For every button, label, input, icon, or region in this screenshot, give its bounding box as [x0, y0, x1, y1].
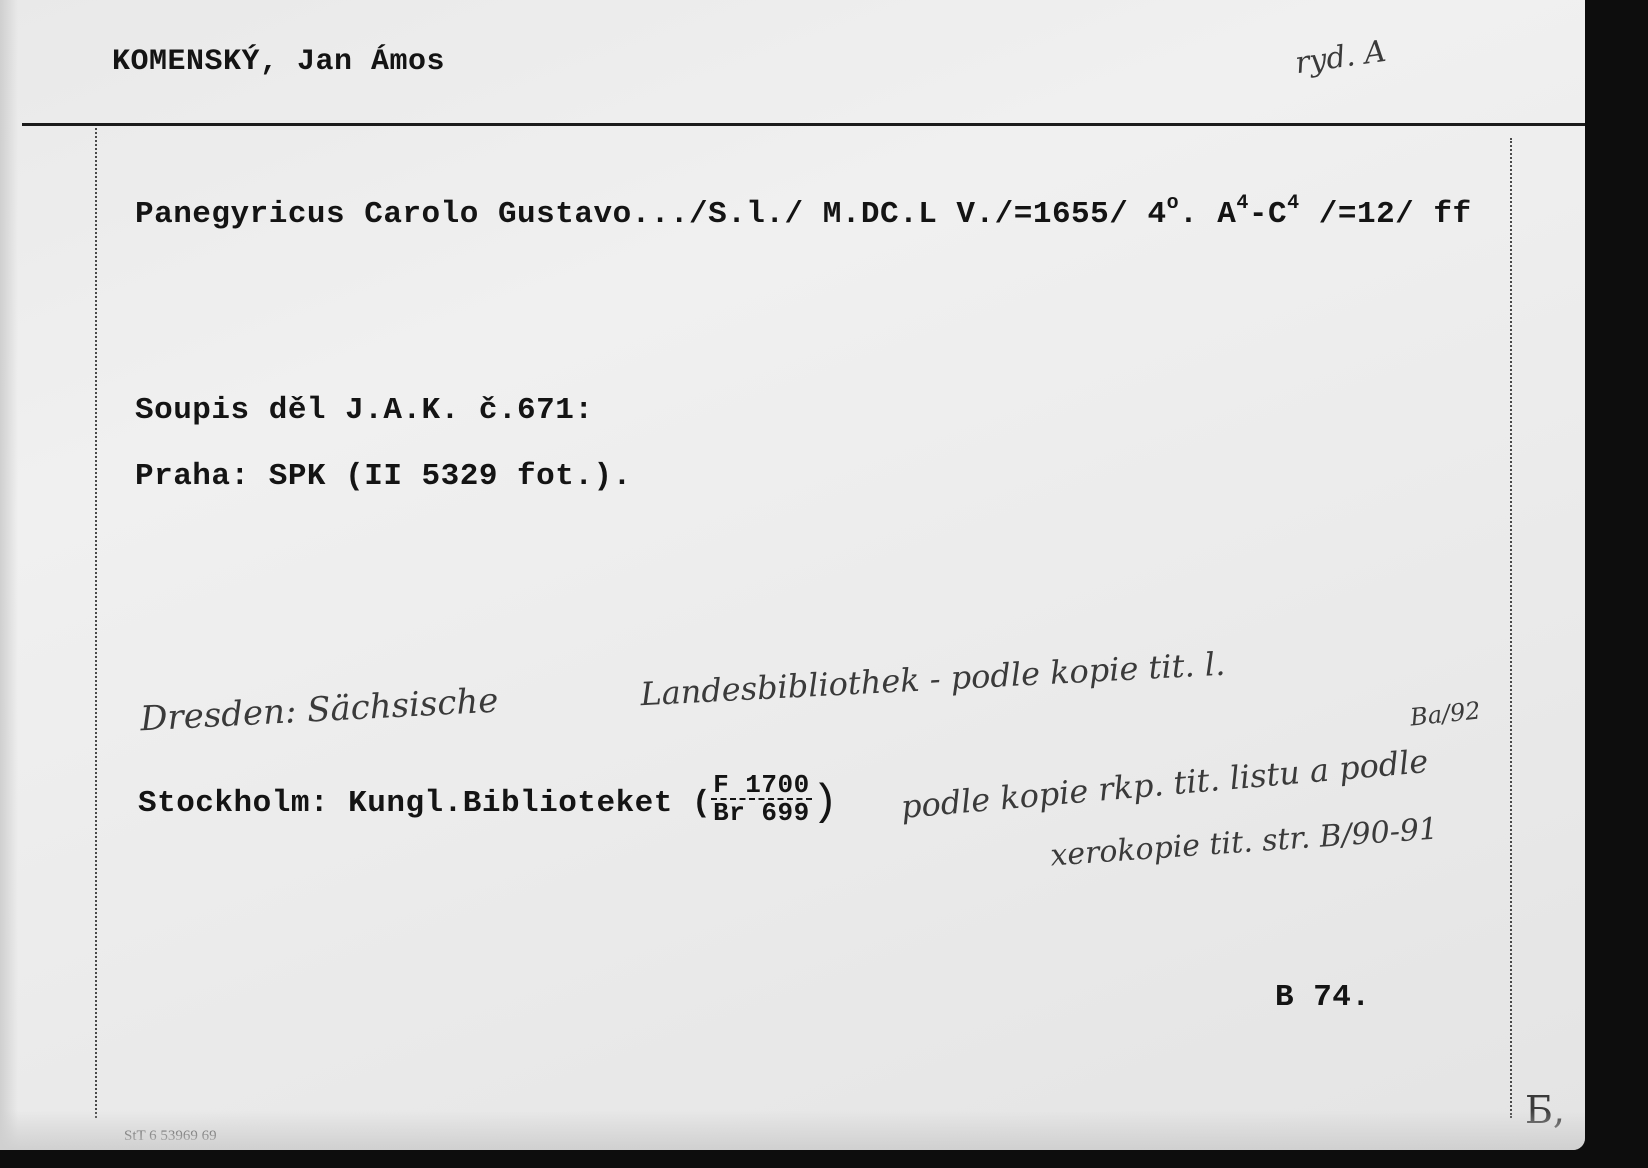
title-entry: Panegyricus Carolo Gustavo.../S.l./ M.DC… [135, 192, 1472, 232]
catalog-card: KOMENSKÝ, Jan Ámos ryd. A Panegyricus Ca… [0, 0, 1585, 1150]
shelfmark: B 74. [1275, 980, 1371, 1015]
title-sup1: 4 [1236, 192, 1249, 215]
shelf-fraction: F 1700Br 699 [711, 772, 812, 826]
handwritten-podle-line1: podle kopie rkp. tit. listu a podle [899, 742, 1429, 826]
location-praha: Praha: SPK (II 5329 fot.). [135, 459, 632, 494]
title-sup2: 4 [1287, 192, 1300, 215]
bibliography-reference: Soupis děl J.A.K. č.671: [135, 393, 593, 428]
printer-mark: StT 6 53969 69 [124, 1128, 217, 1145]
title-tail: /=12/ ff [1300, 197, 1472, 232]
stockholm-label: Stockholm: Kungl.Biblioteket ( [138, 786, 711, 821]
handwritten-ba-number: Ba/92 [1409, 696, 1482, 731]
location-stockholm: Stockholm: Kungl.Biblioteket (F 1700Br 6… [138, 778, 839, 828]
fraction-denominator: Br 699 [711, 800, 812, 826]
header-rule [22, 123, 1585, 126]
handwritten-corner-mark: Ƃ, [1525, 1088, 1565, 1132]
title-main: Panegyricus Carolo Gustavo.../S.l./ M.DC… [135, 197, 1167, 232]
left-margin-dotted-line [95, 128, 97, 1118]
handwritten-dresden: Dresden: Sächsische [139, 681, 499, 740]
right-margin-dotted-line [1510, 138, 1512, 1118]
closing-paren: ) [812, 778, 839, 828]
author-heading: KOMENSKÝ, Jan Ámos [112, 45, 445, 79]
title-degree: o [1167, 192, 1180, 215]
title-after-degree: . A [1179, 197, 1236, 232]
fraction-numerator: F 1700 [711, 772, 812, 800]
handwritten-dresden-cont: Landesbibliothek - podle kopie tit. l. [639, 645, 1226, 714]
title-dash-c: -C [1249, 197, 1287, 232]
handwritten-podle-line2: xerokopie tit. str. B/90-91 [1049, 811, 1439, 873]
handwritten-note-top: ryd. A [1293, 34, 1388, 81]
